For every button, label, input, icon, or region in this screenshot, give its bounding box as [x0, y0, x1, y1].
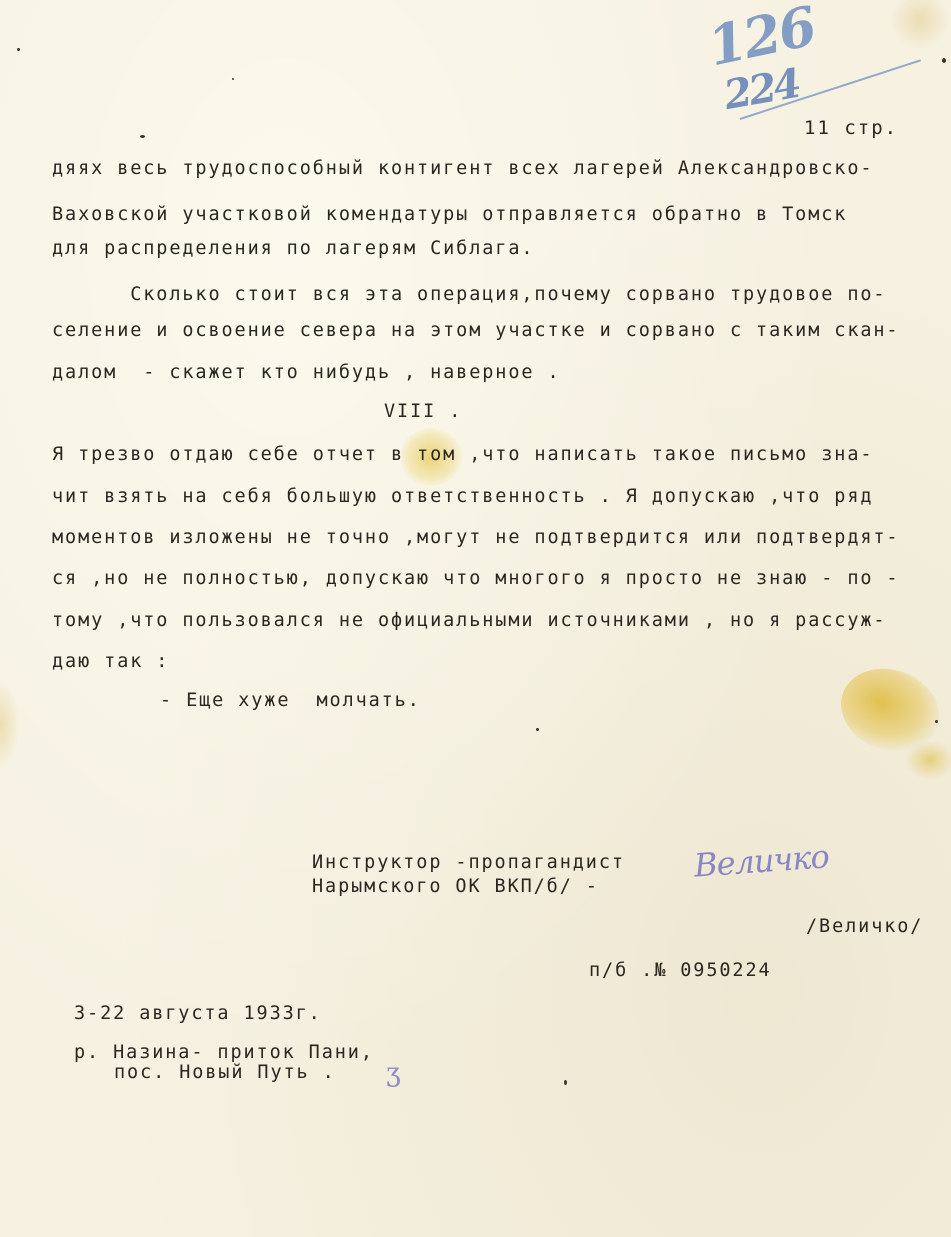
body-line: для распределения по лагерям Сиблага.: [52, 238, 534, 260]
body-line: моментов изложены не точно ,могут не под…: [52, 527, 899, 549]
body-line: Я трезво отдаю себе отчет в том ,что нап…: [52, 444, 873, 466]
page-number: 11 стр.: [804, 117, 898, 139]
handwritten-signature: Величко: [693, 837, 830, 884]
party-card-number: п/б .№ 0950224: [589, 960, 772, 982]
paper-stain: [905, 740, 951, 780]
paper-speck: [935, 720, 938, 723]
typed-signatory-name: /Величко/: [806, 916, 923, 938]
paper-speck: [536, 728, 539, 731]
body-line: даю так :: [52, 651, 169, 673]
closing-remark: - Еще хуже молчать.: [160, 690, 421, 712]
paper-stain: [829, 655, 950, 764]
paper-stain: [0, 680, 20, 770]
body-line: селение и освоение севера на этом участк…: [52, 320, 899, 342]
date-line: 3-22 августа 1933г.: [74, 1003, 322, 1025]
paper-stain: [890, 0, 950, 50]
body-line: дяях весь трудоспособный контигент всех …: [52, 158, 873, 180]
body-line: Ваховской участковой комендатуры отправл…: [52, 204, 847, 226]
archival-document-page: 126 224 11 стр. дяях весь трудоспособный…: [0, 0, 951, 1237]
body-line: тому ,что пользовался не официальными ис…: [52, 610, 886, 632]
paper-speck: [564, 1080, 567, 1085]
body-line: далом - скажет кто нибудь , наверное .: [52, 362, 560, 384]
place-line: пос. Новый Путь .: [114, 1062, 336, 1084]
paper-speck: [232, 78, 234, 80]
body-line: Сколько стоит вся эта операция,почему со…: [52, 284, 886, 306]
paper-speck: [140, 135, 145, 138]
pencil-margin-mark: ʒ: [386, 1058, 401, 1088]
place-line: р. Назина- приток Пани,: [74, 1042, 374, 1064]
body-line: ся ,но не полностью, допускаю что многог…: [52, 568, 899, 590]
paper-speck: [942, 58, 946, 63]
signatory-title: Инструктор -пропагандист: [312, 852, 625, 874]
paper-speck: [17, 48, 20, 51]
signatory-organization: Нарымского ОК ВКП/б/ -: [312, 876, 599, 898]
section-number: VIII .: [384, 401, 462, 423]
body-line: чит взять на себя большую ответственност…: [52, 486, 873, 508]
